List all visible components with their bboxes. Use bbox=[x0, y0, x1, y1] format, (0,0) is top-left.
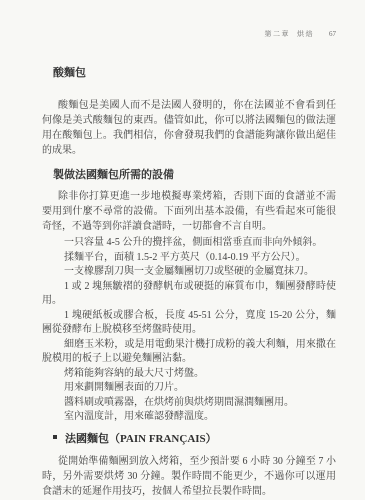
chapter-section-label: 烘焙 bbox=[297, 29, 314, 39]
equipment-item: 揉麵平台，面積 1.5-2 平方英尺（0.14-0.19 平方公尺）。 bbox=[42, 251, 336, 266]
equipment-item: 一支橡膠刮刀與一支金屬麵團切刀或堅硬的金屬寬抹刀。 bbox=[42, 265, 336, 280]
equipment-item: 醬料刷或噴霧器，在烘烤前與烘烤期間濕潤麵團用。 bbox=[42, 396, 336, 411]
equipment-item: 室內溫度計，用來確認發酵溫度。 bbox=[42, 410, 336, 425]
equipment-item: 一只容量 4-5 公升的攪拌盆，側面相當垂直而非向外傾斜。 bbox=[42, 236, 336, 251]
equipment-item: 用來劃開麵團表面的刀片。 bbox=[42, 381, 336, 396]
book-page: 第二章 烘焙 67 酸麵包 酸麵包是美國人而不是法國人發明的，你在法國並不會看到… bbox=[0, 0, 365, 500]
french-bread-section-title: 法國麵包（PAIN FRANÇAIS） bbox=[65, 433, 217, 445]
equipment-item: 1 塊硬紙板或膠合板，長度 45-51 公分，寬度 15-20 公分，麵團從發酵… bbox=[42, 309, 336, 338]
equipment-item: 1 或 2 塊無皺褶的發酵帆布或硬挺的麻質布巾，麵團發酵時使用。 bbox=[42, 280, 336, 309]
square-bullet-icon bbox=[53, 435, 57, 439]
sourdough-paragraph: 酸麵包是美國人而不是法國人發明的，你在法國並不會看到任何像是美式酸麵包的東西。儘… bbox=[42, 98, 336, 158]
sourdough-section-title: 酸麵包 bbox=[53, 66, 336, 81]
equipment-item: 細磨玉米粉，或是用電動果汁機打成粉的義大利麵，用來撒在脫模用的板子上以避免麵團沾… bbox=[42, 338, 336, 367]
equipment-section-title: 製做法國麵包所需的設備 bbox=[53, 168, 336, 183]
chapter-label: 第二章 bbox=[265, 29, 291, 39]
page-number: 67 bbox=[329, 30, 336, 38]
equipment-list: 一只容量 4-5 公升的攪拌盆，側面相當垂直而非向外傾斜。 揉麵平台，面積 1.… bbox=[42, 236, 336, 425]
french-bread-section-heading: 法國麵包（PAIN FRANÇAIS） bbox=[53, 431, 336, 447]
equipment-intro-paragraph: 除非你打算更進一步地模擬專業烤箱，否則下面的食譜並不需要用到什麼不尋常的設備。下… bbox=[42, 189, 336, 234]
page-content: 酸麵包 酸麵包是美國人而不是法國人發明的，你在法國並不會看到任何像是美式酸麵包的… bbox=[42, 64, 336, 499]
french-bread-paragraph: 從開始準備麵團到放入烤箱，至少預計要 6 小時 30 分鐘至 7 小時，另外需要… bbox=[42, 454, 336, 499]
running-header: 第二章 烘焙 67 bbox=[265, 29, 337, 39]
equipment-item: 烤箱能夠容納的最大尺寸烤盤。 bbox=[42, 367, 336, 382]
